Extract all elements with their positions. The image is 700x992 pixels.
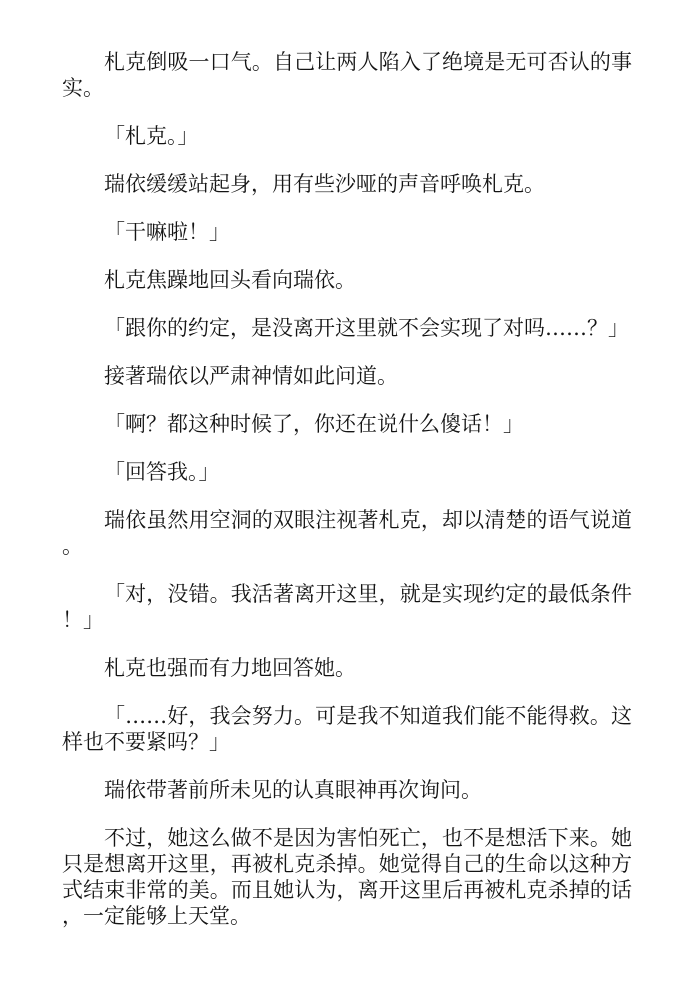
paragraph-narration: 瑞依带著前所未见的认真眼神再次询问。	[62, 777, 632, 803]
paragraph-narration: 札克焦躁地回头看向瑞依。	[62, 267, 632, 293]
paragraph-dialogue: 「札克。」	[62, 123, 632, 149]
paragraph-narration: 接著瑞依以严肃神情如此问道。	[62, 363, 632, 389]
paragraph-dialogue: 「啊？都这种时候了，你还在说什么傻话！」	[62, 411, 632, 437]
document-page: 札克倒吸一口气。自己让两人陷入了绝境是无可否认的事实。 「札克。」 瑞依缓缓站起…	[62, 49, 632, 951]
paragraph-narration: 札克倒吸一口气。自己让两人陷入了绝境是无可否认的事实。	[62, 49, 632, 101]
paragraph-narration: 札克也强而有力地回答她。	[62, 655, 632, 681]
paragraph-narration: 瑞依虽然用空洞的双眼注视著札克，却以清楚的语气说道。	[62, 507, 632, 559]
paragraph-dialogue: 「对，没错。我活著离开这里，就是实现约定的最低条件！」	[62, 581, 632, 633]
paragraph-narration: 不过，她这么做不是因为害怕死亡，也不是想活下来。她只是想离开这里，再被札克杀掉。…	[62, 825, 632, 929]
paragraph-dialogue: 「跟你的约定，是没离开这里就不会实现了对吗……？」	[62, 315, 632, 341]
paragraph-narration: 瑞依缓缓站起身，用有些沙哑的声音呼唤札克。	[62, 171, 632, 197]
paragraph-dialogue: 「干嘛啦！」	[62, 219, 632, 245]
paragraph-dialogue: 「……好，我会努力。可是我不知道我们能不能得救。这样也不要紧吗？」	[62, 703, 632, 755]
paragraph-dialogue: 「回答我。」	[62, 459, 632, 485]
